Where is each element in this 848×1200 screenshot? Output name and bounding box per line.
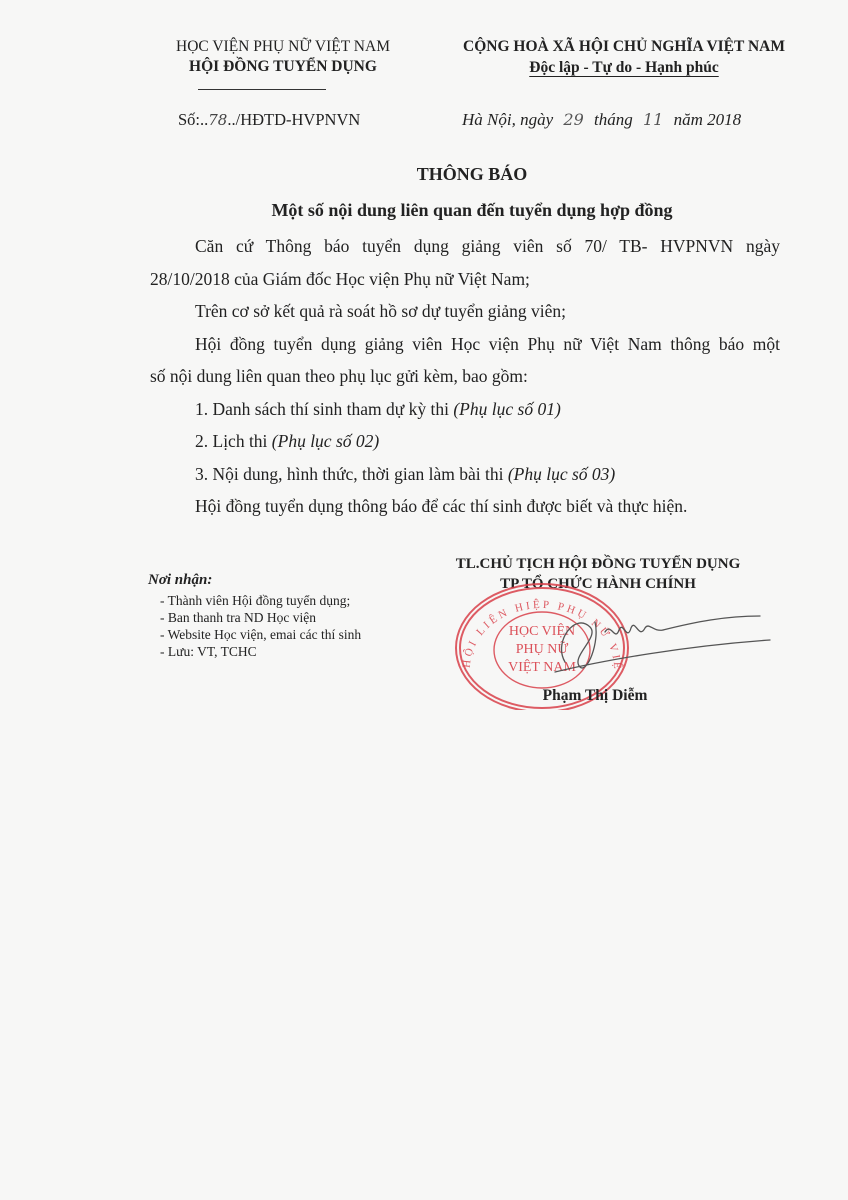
handwritten-signature-icon [545, 602, 775, 682]
nation-title: CỘNG HOÀ XÃ HỘI CHỦ NGHĨA VIỆT NAM [444, 38, 804, 56]
header-divider [198, 89, 326, 90]
recipient-item: Website Học viện, emai các thí sinh [160, 626, 361, 643]
year-label: năm 2018 [674, 110, 742, 129]
department-name: HỘI ĐỒNG TUYỂN DỤNG [170, 58, 396, 76]
body-paragraph-3-cont: số nội dung liên quan theo phụ lục gửi k… [150, 360, 780, 393]
document-number: Số:..78../HĐTD-HVPNVN [178, 110, 360, 130]
item-text: 2. Lịch thi [195, 431, 272, 451]
document-body: Căn cứ Thông báo tuyển dụng giảng viên s… [150, 230, 780, 523]
list-item: 3. Nội dung, hình thức, thời gian làm bà… [150, 458, 780, 491]
organization-name: HỌC VIỆN PHỤ NỮ VIỆT NAM [170, 38, 396, 56]
place-prefix: Hà Nội, ngày [462, 110, 553, 129]
appendix-ref: (Phụ lục số 03) [508, 464, 615, 484]
item-text: 3. Nội dung, hình thức, thời gian làm bà… [195, 464, 508, 484]
body-paragraph-1: Căn cứ Thông báo tuyển dụng giảng viên s… [150, 230, 780, 263]
recipients-list: Thành viên Hội đồng tuyển dụng; Ban than… [160, 592, 361, 660]
month-label: tháng [594, 110, 633, 129]
document-title: THÔNG BÁO [0, 164, 848, 185]
list-item: 1. Danh sách thí sinh tham dự kỳ thi (Ph… [150, 393, 780, 426]
doc-number-suffix: ../HĐTD-HVPNVN [227, 110, 360, 129]
body-closing: Hội đồng tuyển dụng thông báo để các thí… [150, 490, 780, 523]
body-paragraph-3: Hội đồng tuyển dụng giảng viên Học viện … [150, 328, 780, 361]
list-item: 2. Lịch thi (Phụ lục số 02) [150, 425, 780, 458]
recipient-item: Thành viên Hội đồng tuyển dụng; [160, 592, 361, 609]
document-page: HỌC VIỆN PHỤ NỮ VIỆT NAM HỘI ĐỒNG TUYỂN … [0, 0, 848, 1200]
doc-number-prefix: Số:.. [178, 110, 208, 129]
place-and-date: Hà Nội, ngày 29 tháng 11 năm 2018 [462, 110, 741, 130]
item-text: 1. Danh sách thí sinh tham dự kỳ thi [195, 399, 453, 419]
appendix-ref: (Phụ lục số 02) [272, 431, 379, 451]
appendix-ref: (Phụ lục số 01) [453, 399, 560, 419]
month-handwritten: 11 [637, 110, 669, 129]
recipients-label: Nơi nhận: [148, 572, 212, 589]
recipient-item: Ban thanh tra ND Học viện [160, 609, 361, 626]
national-motto: Độc lập - Tự do - Hạnh phúc [444, 59, 804, 77]
document-subtitle: Một số nội dung liên quan đến tuyển dụng… [0, 200, 848, 221]
body-paragraph-1-cont: 28/10/2018 của Giám đốc Học viện Phụ nữ … [150, 263, 780, 296]
signatory-role: TL.CHỦ TỊCH HỘI ĐỒNG TUYỂN DỤNG [440, 556, 756, 573]
doc-number-handwritten: 78 [208, 111, 227, 129]
body-paragraph-2: Trên cơ sở kết quả rà soát hồ sơ dự tuyể… [150, 295, 780, 328]
day-handwritten: 29 [557, 110, 589, 129]
recipient-item: Lưu: VT, TCHC [160, 643, 361, 660]
signer-name: Phạm Thị Diễm [440, 687, 750, 705]
